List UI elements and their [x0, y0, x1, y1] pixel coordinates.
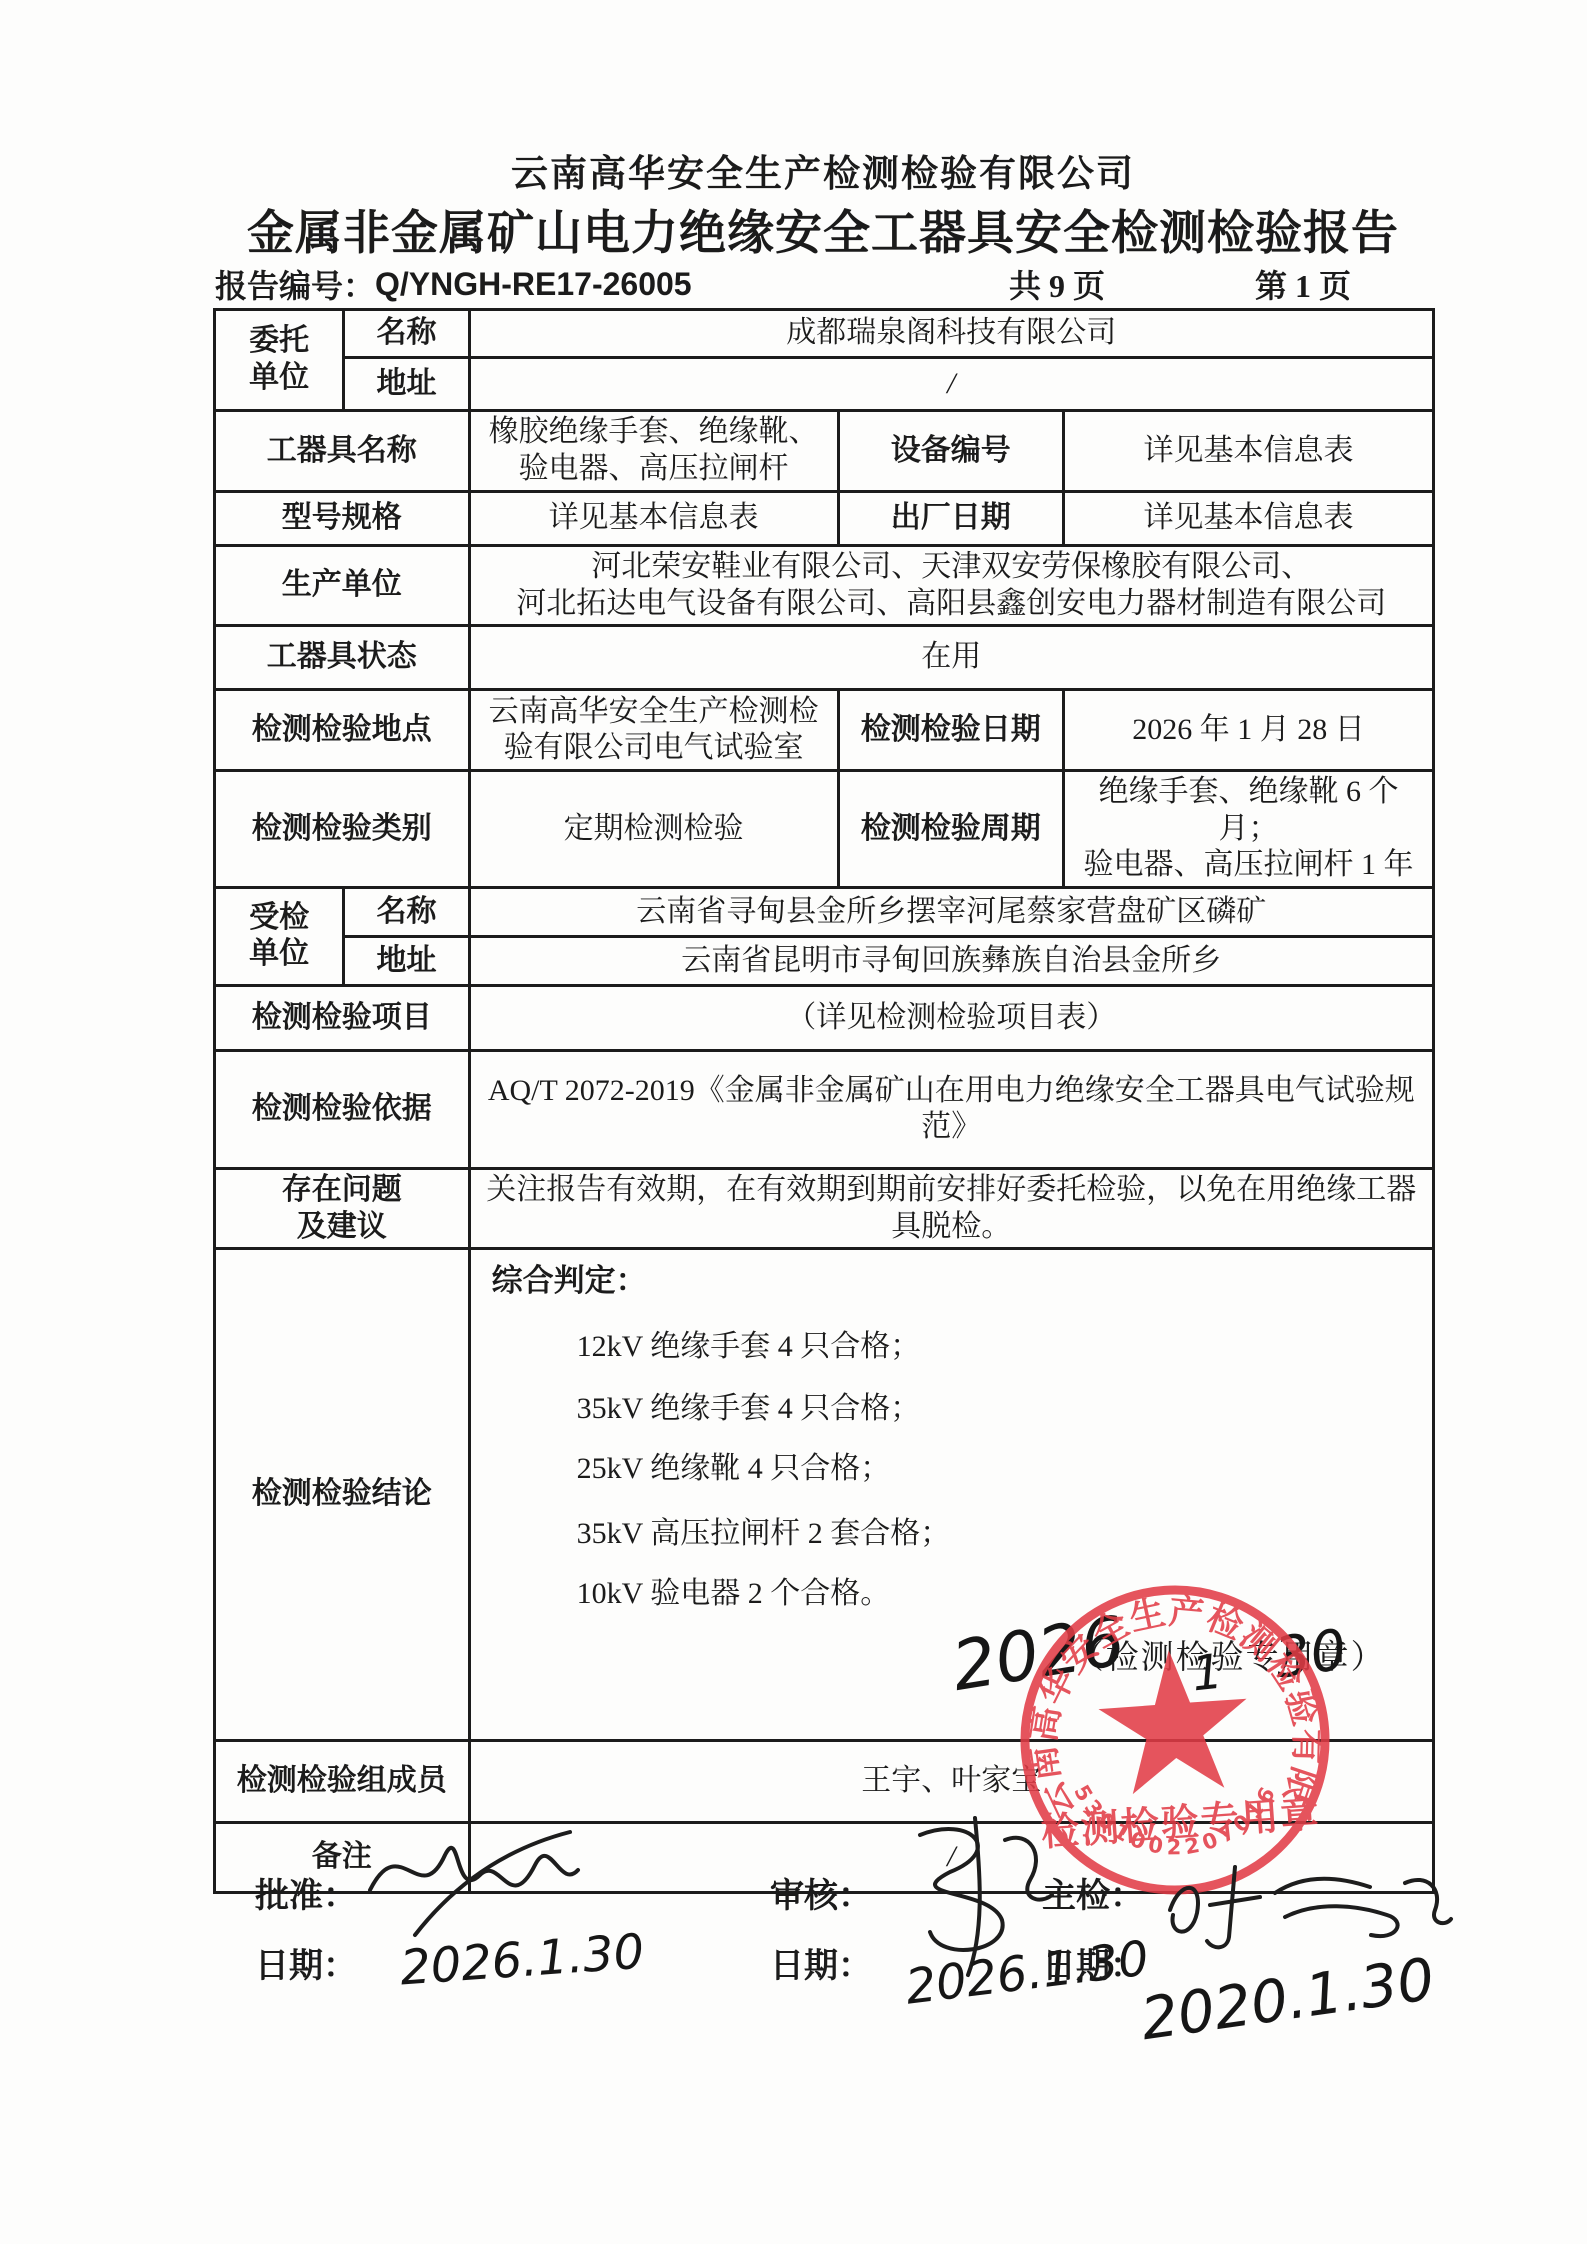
total-pages: 共 9 页: [1009, 261, 1105, 307]
current-page: 第 1 页: [1255, 261, 1351, 307]
inspection-date-label: 检测检验日期: [838, 690, 1064, 771]
table-row: 检测检验地点 云南高华安全生产检测检 验有限公司电气试验室 检测检验日期 202…: [215, 690, 1434, 771]
table-row: 地址 /: [215, 358, 1434, 411]
conclusion-title: 综合判定：: [492, 1262, 647, 1300]
producer-value: 河北荣安鞋业有限公司、天津双安劳保橡胶有限公司、 河北拓达电气设备有限公司、高阳…: [469, 546, 1433, 626]
basis-value: AQ/T 2072-2019《金属非金属矿山在用电力绝缘安全工器具电气试验规 范…: [469, 1050, 1433, 1168]
table-row: 受检 单位 名称 云南省寻甸县金所乡摆宰河尾蔡家营盘矿区磷矿: [215, 887, 1434, 936]
report-number-value: Q/YNGH-RE17-26005: [375, 266, 692, 303]
table-row: 委托 单位 名称 成都瑞泉阁科技有限公司: [215, 310, 1434, 358]
status-value: 在用: [469, 626, 1433, 690]
table-row: 生产单位 河北荣安鞋业有限公司、天津双安劳保橡胶有限公司、 河北拓达电气设备有限…: [215, 546, 1434, 626]
approver-signature: [360, 1820, 590, 1940]
review-label: 审核：: [770, 1868, 872, 1917]
device-no-value: 详见基本信息表: [1064, 411, 1434, 492]
table-row: 型号规格 详见基本信息表 出厂日期 详见基本信息表: [215, 492, 1434, 546]
table-row: 检测检验项目 （详见检测检验项目表）: [215, 985, 1434, 1050]
conclusion-line: 12kV 绝缘手套 4 只合格；: [577, 1329, 921, 1366]
tool-name-value: 橡胶绝缘手套、绝缘靴、 验电器、高压拉闸杆: [469, 411, 838, 492]
report-page: 云南高华安全生产检测检验有限公司 金属非金属矿山电力绝缘安全工器具安全检测检验报…: [0, 0, 1587, 2244]
basis-label: 检测检验依据: [215, 1050, 470, 1168]
approve-label: 批准：: [255, 1868, 357, 1917]
handwritten-chief-date: 2020.1.30: [1137, 1945, 1439, 2053]
conclusion-line: 25kV 绝缘靴 4 只合格；: [577, 1451, 891, 1488]
inspected-addr-value: 云南省昆明市寻甸回族彝族自治县金所乡: [469, 936, 1433, 985]
cycle-label: 检测检验周期: [838, 771, 1064, 888]
report-number-label: 报告编号：: [215, 261, 375, 307]
inspection-date-value: 2026 年 1 月 28 日: [1064, 690, 1434, 771]
items-value: （详见检测检验项目表）: [469, 985, 1433, 1050]
table-row: 工器具状态 在用: [215, 626, 1434, 690]
inspected-group-label: 受检 单位: [215, 887, 344, 985]
stamp-star-icon: [1095, 1645, 1253, 1796]
issues-value: 关注报告有效期，在有效期到期前安排好委托检验，以免在用绝缘工器 具脱检。: [469, 1168, 1433, 1248]
company-name: 云南高华安全生产检测检验有限公司: [215, 143, 1431, 197]
place-value: 云南高华安全生产检测检 验有限公司电气试验室: [469, 690, 838, 771]
conclusion-label: 检测检验结论: [215, 1249, 470, 1741]
model-label: 型号规格: [215, 492, 470, 546]
report-title: 金属非金属矿山电力绝缘安全工器具安全检测检验报告: [160, 196, 1486, 263]
inspected-name-value: 云南省寻甸县金所乡摆宰河尾蔡家营盘矿区磷矿: [469, 887, 1433, 936]
chief-date-label: 日期：: [1042, 1938, 1144, 1987]
conclusion-line: 35kV 高压拉闸杆 2 套合格；: [577, 1516, 951, 1553]
client-name-label: 名称: [344, 310, 469, 358]
conclusion-line: 35kV 绝缘手套 4 只合格；: [577, 1391, 921, 1428]
items-label: 检测检验项目: [215, 985, 470, 1050]
client-addr-value: /: [469, 358, 1433, 411]
client-group-label: 委托 单位: [215, 310, 344, 411]
approve-date-label: 日期：: [255, 1938, 357, 1987]
device-no-label: 设备编号: [838, 411, 1064, 492]
review-date-label: 日期：: [770, 1938, 872, 1987]
inspected-addr-label: 地址: [344, 936, 469, 985]
chief-signature: [1155, 1855, 1455, 1955]
chief-label: 主检：: [1042, 1868, 1144, 1917]
members-label: 检测检验组成员: [215, 1741, 470, 1823]
model-value: 详见基本信息表: [469, 492, 838, 546]
table-row: 检测检验类别 定期检测检验 检测检验周期 绝缘手套、绝缘靴 6 个月； 验电器、…: [215, 771, 1434, 888]
cycle-value: 绝缘手套、绝缘靴 6 个月； 验电器、高压拉闸杆 1 年: [1064, 771, 1434, 888]
type-value: 定期检测检验: [469, 771, 838, 888]
inspected-name-label: 名称: [344, 887, 469, 936]
table-row: 工器具名称 橡胶绝缘手套、绝缘靴、 验电器、高压拉闸杆 设备编号 详见基本信息表: [215, 411, 1434, 492]
type-label: 检测检验类别: [215, 771, 470, 888]
producer-label: 生产单位: [215, 546, 470, 626]
client-addr-label: 地址: [344, 358, 469, 411]
tool-name-label: 工器具名称: [215, 411, 470, 492]
table-row: 地址 云南省昆明市寻甸回族彝族自治县金所乡: [215, 936, 1434, 985]
status-label: 工器具状态: [215, 626, 470, 690]
report-number-line: 报告编号： Q/YNGH-RE17-26005 共 9 页 第 1 页: [215, 262, 1431, 306]
issues-label: 存在问题 及建议: [215, 1168, 470, 1248]
client-name-value: 成都瑞泉阁科技有限公司: [469, 310, 1433, 358]
conclusion-line: 10kV 验电器 2 个合格。: [577, 1576, 891, 1613]
table-row: 检测检验依据 AQ/T 2072-2019《金属非金属矿山在用电力绝缘安全工器具…: [215, 1050, 1434, 1168]
mfg-date-value: 详见基本信息表: [1064, 492, 1434, 546]
mfg-date-label: 出厂日期: [838, 492, 1064, 546]
place-label: 检测检验地点: [215, 690, 470, 771]
table-row: 存在问题 及建议 关注报告有效期，在有效期到期前安排好委托检验，以免在用绝缘工器…: [215, 1168, 1434, 1248]
